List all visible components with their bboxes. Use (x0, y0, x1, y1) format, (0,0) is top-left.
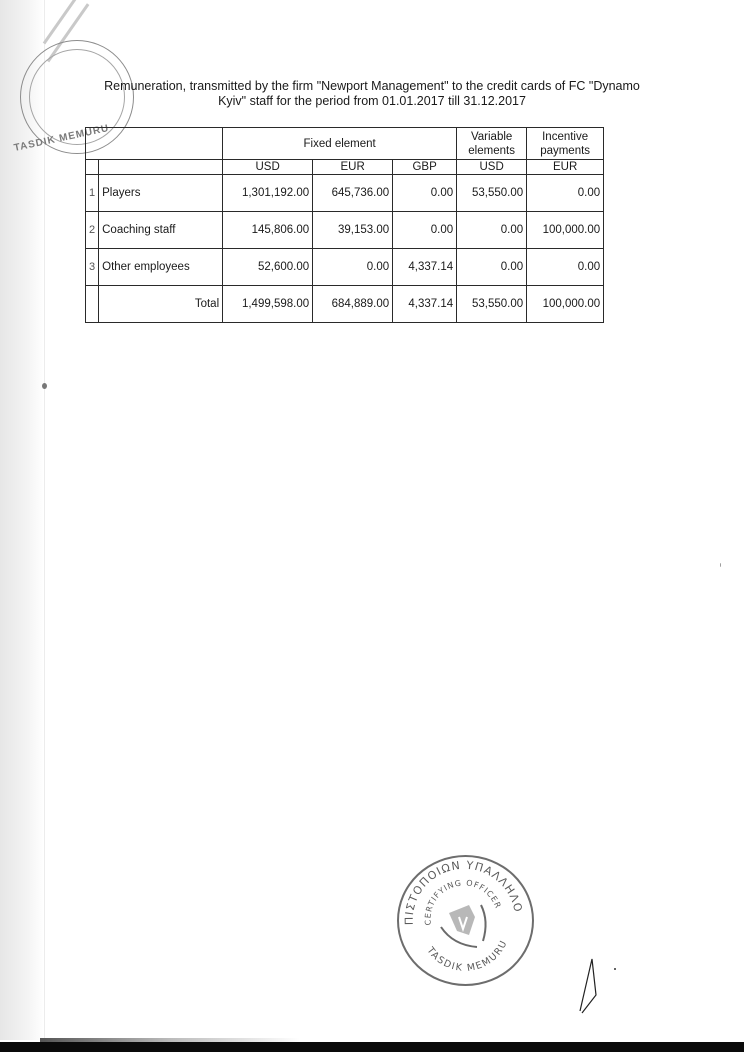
scan-bottom-edge (0, 1042, 744, 1052)
cell-fixed-eur: 645,736.00 (313, 175, 393, 212)
total-label: Total (99, 286, 223, 323)
currency-header: USD (223, 160, 313, 175)
cell-fixed-gbp: 0.00 (393, 212, 457, 249)
cell-variable-usd: 0.00 (457, 212, 527, 249)
cell-incentive-eur: 100,000.00 (527, 212, 604, 249)
cell-fixed-usd: 1,301,192.00 (223, 175, 313, 212)
table-row: 1 Players 1,301,192.00 645,736.00 0.00 5… (86, 175, 604, 212)
table-row-total: Total 1,499,598.00 684,889.00 4,337.14 5… (86, 286, 604, 323)
cell-variable-usd: 0.00 (457, 249, 527, 286)
scan-speck (42, 383, 47, 389)
header-row-currencies: USD EUR GBP USD EUR (86, 160, 604, 175)
cell-fixed-usd: 52,600.00 (223, 249, 313, 286)
header-row-groups: Fixed element Variable elements Incentiv… (86, 128, 604, 160)
header-label-blank (99, 160, 223, 175)
stamp-turkish-text: TASDIK MEMURU (424, 938, 510, 974)
header-empty (86, 128, 223, 160)
table-row: 2 Coaching staff 145,806.00 39,153.00 0.… (86, 212, 604, 249)
stamp-emblem-icon: ΠΙΣΤΟΠΟΙΩΝ ΥΠΑΛΛΗΛΟΣ CERTIFYING OFFICER … (397, 855, 530, 982)
signature-dot (614, 968, 616, 970)
svg-text:TASDIK MEMURU: TASDIK MEMURU (424, 938, 510, 974)
currency-header: EUR (313, 160, 393, 175)
table-row: 3 Other employees 52,600.00 0.00 4,337.1… (86, 249, 604, 286)
header-fixed-element: Fixed element (223, 128, 457, 160)
total-fixed-usd: 1,499,598.00 (223, 286, 313, 323)
row-label: Other employees (99, 249, 223, 286)
total-index-blank (86, 286, 99, 323)
title-line-2: Kyiv" staff for the period from 01.01.20… (84, 94, 660, 109)
header-incentive-payments: Incentive payments (527, 128, 604, 160)
cell-variable-usd: 53,550.00 (457, 175, 527, 212)
cell-fixed-eur: 0.00 (313, 249, 393, 286)
cell-incentive-eur: 0.00 (527, 249, 604, 286)
scan-left-shadow (0, 0, 44, 1040)
row-index: 2 (86, 212, 99, 249)
currency-header: EUR (527, 160, 604, 175)
cell-fixed-gbp: 0.00 (393, 175, 457, 212)
row-label: Players (99, 175, 223, 212)
total-fixed-eur: 684,889.00 (313, 286, 393, 323)
cell-fixed-usd: 145,806.00 (223, 212, 313, 249)
total-incentive-eur: 100,000.00 (527, 286, 604, 323)
total-variable-usd: 53,550.00 (457, 286, 527, 323)
header-index-blank (86, 160, 99, 175)
row-index: 1 (86, 175, 99, 212)
title-line-1: Remuneration, transmitted by the firm "N… (84, 79, 660, 94)
certifying-officer-stamp: ΠΙΣΤΟΠΟΙΩΝ ΥΠΑΛΛΗΛΟΣ CERTIFYING OFFICER … (397, 855, 534, 986)
cell-incentive-eur: 0.00 (527, 175, 604, 212)
cell-fixed-eur: 39,153.00 (313, 212, 393, 249)
row-index: 3 (86, 249, 99, 286)
total-fixed-gbp: 4,337.14 (393, 286, 457, 323)
signature-mark (578, 955, 608, 1015)
document-title: Remuneration, transmitted by the firm "N… (84, 79, 660, 109)
currency-header: USD (457, 160, 527, 175)
currency-header: GBP (393, 160, 457, 175)
scan-speck (720, 563, 721, 567)
remuneration-table: Fixed element Variable elements Incentiv… (85, 127, 604, 323)
cell-fixed-gbp: 4,337.14 (393, 249, 457, 286)
header-variable-elements: Variable elements (457, 128, 527, 160)
scan-edge-line (44, 0, 45, 1040)
row-label: Coaching staff (99, 212, 223, 249)
